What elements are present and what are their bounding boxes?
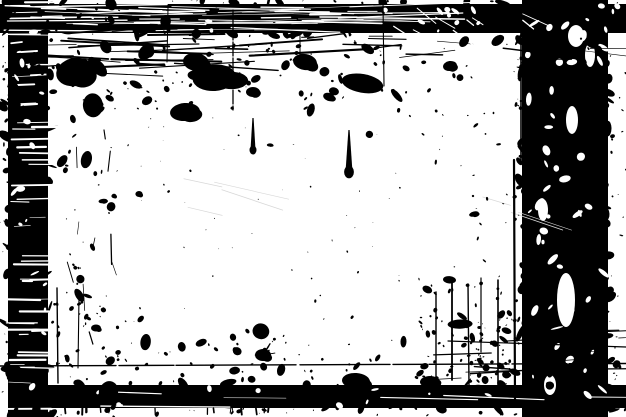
grunge-frame-texture	[0, 0, 626, 417]
page	[0, 0, 626, 417]
texture-canvas	[0, 0, 626, 417]
